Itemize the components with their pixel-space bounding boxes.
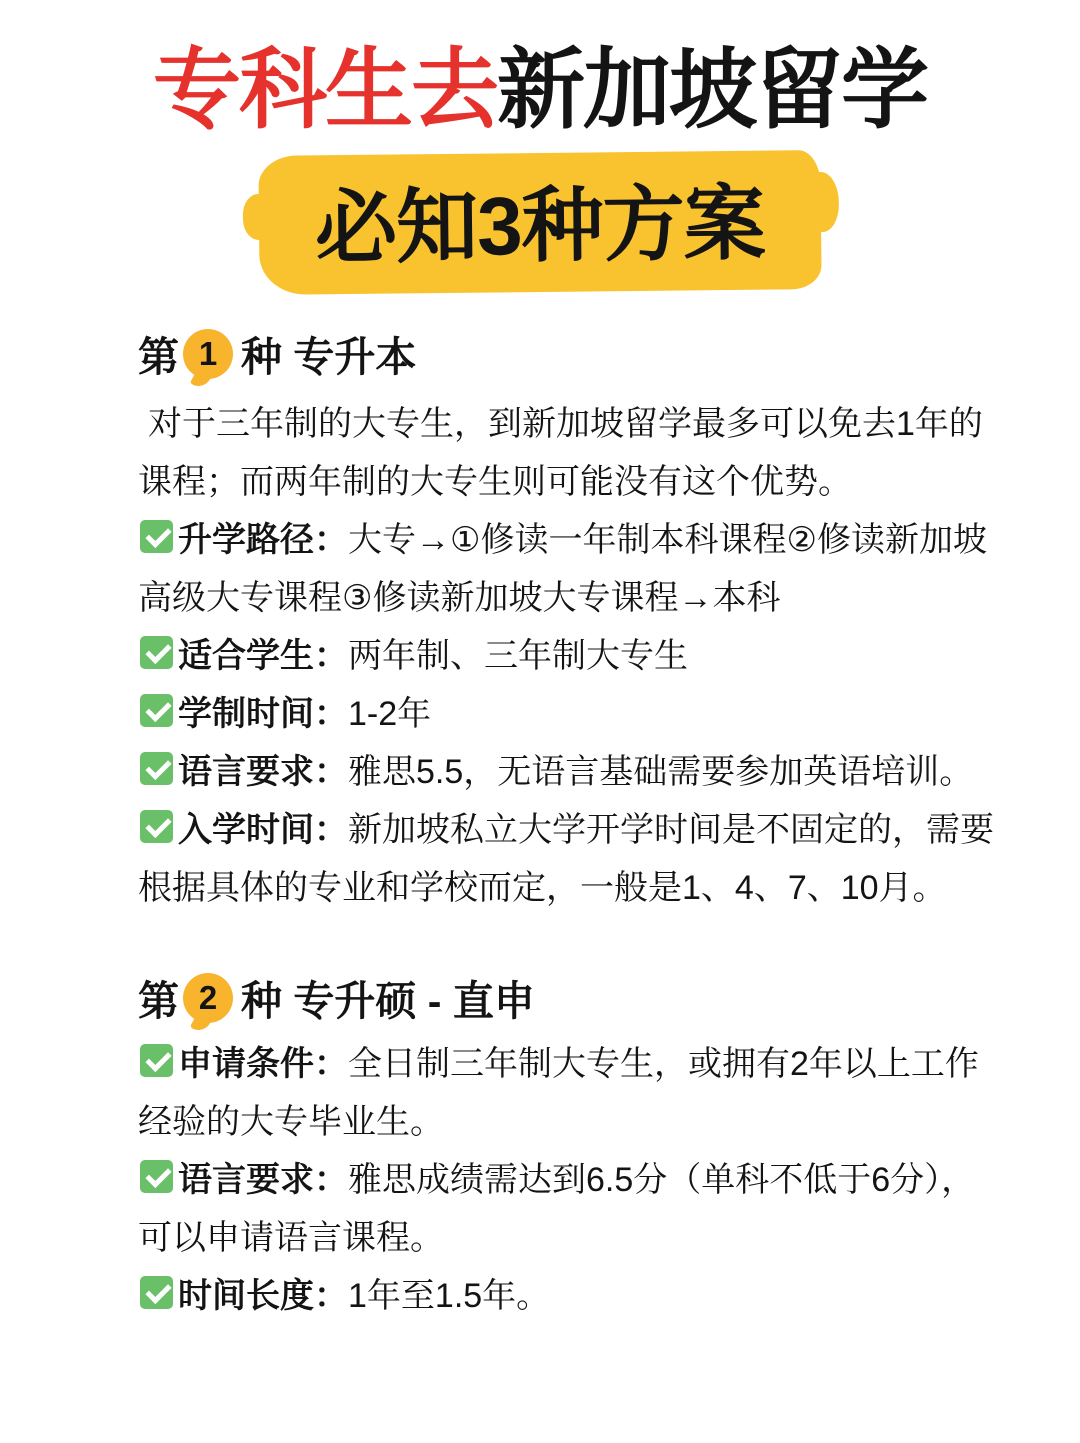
bullet-text: 1年至1.5年。 <box>348 1268 550 1317</box>
bullet-continuation: 经验的大专毕业生。 <box>138 1090 1020 1148</box>
intro-text: 对于三年制的大专生，到新加坡留学最多可以免去1年的 <box>148 396 983 445</box>
intro-line: 课程；而两年制的大专生则可能没有这个优势。 <box>138 450 1020 508</box>
bullet-row: 适合学生： 两年制、三年制大专生 <box>138 624 1020 682</box>
section-plan-1: 第 1 种 专升本 对于三年制的大专生，到新加坡留学最多可以免去1年的 课程；而… <box>138 322 1020 914</box>
title-line-2: 必知3种方案 <box>315 178 766 274</box>
badge-number: 1 <box>199 335 217 373</box>
title-red-part: 专科生去 <box>153 40 497 139</box>
bullet-label: 学制时间： <box>178 686 348 735</box>
heading-suffix: 种 专升硕 - 直申 <box>241 968 535 1027</box>
bullet-text: 雅思5.5，无语言基础需要参加英语培训。 <box>348 744 973 793</box>
bullet-continuation: 可以申请语言课程。 <box>138 1206 1020 1264</box>
bullet-row: 语言要求： 雅思成绩需达到6.5分（单科不低于6分）， <box>138 1148 1020 1206</box>
badge-number: 2 <box>199 979 217 1017</box>
yellow-brush-highlight: 必知3种方案 <box>258 150 821 295</box>
heading-prefix: 第 <box>138 324 179 383</box>
title-line-1: 专科生去新加坡留学 <box>0 42 1080 139</box>
intro-text: 课程；而两年制的大专生则可能没有这个优势。 <box>138 454 852 503</box>
section-plan-2: 第 2 种 专升硕 - 直申 申请条件： 全日制三年制大专生，或拥有2年以上工作… <box>138 966 1020 1322</box>
check-icon <box>138 1042 175 1079</box>
check-icon <box>138 634 175 671</box>
bullet-label: 适合学生： <box>178 628 348 677</box>
heading-prefix: 第 <box>138 968 179 1027</box>
title-line-2-wrap: 必知3种方案 <box>0 153 1080 292</box>
bullet-text: 可以申请语言课程。 <box>138 1210 444 1259</box>
bullet-label: 申请条件： <box>178 1036 348 1085</box>
poster-body: 第 1 种 专升本 对于三年制的大专生，到新加坡留学最多可以免去1年的 课程；而… <box>0 292 1080 1322</box>
bullet-text: 根据具体的专业和学校而定，一般是1、4、7、10月。 <box>138 860 947 909</box>
poster: 专科生去新加坡留学 必知3种方案 第 1 种 专升本 对于三年制的大专生，到新加… <box>0 0 1080 1443</box>
bullet-label: 语言要求： <box>178 744 348 793</box>
check-icon <box>138 1274 175 1311</box>
bullet-text: 1-2年 <box>348 686 431 735</box>
section-2-heading: 第 2 种 专升硕 - 直申 <box>138 966 1020 1030</box>
bullet-text: 新加坡私立大学开学时间是不固定的，需要 <box>348 802 994 851</box>
check-icon <box>138 1158 175 1195</box>
bullet-text: 经验的大专毕业生。 <box>138 1094 444 1143</box>
poster-header: 专科生去新加坡留学 必知3种方案 <box>0 0 1080 292</box>
bullet-text: 两年制、三年制大专生 <box>348 628 688 677</box>
bullet-row: 入学时间： 新加坡私立大学开学时间是不固定的，需要 <box>138 798 1020 856</box>
bullet-continuation: 高级大专课程③修读新加坡大专课程→本科 <box>138 566 1020 624</box>
bullet-row: 升学路径： 大专→①修读一年制本科课程②修读新加坡 <box>138 508 1020 566</box>
check-icon <box>138 518 175 555</box>
bullet-row: 学制时间： 1-2年 <box>138 682 1020 740</box>
section-1-heading: 第 1 种 专升本 <box>138 322 1020 386</box>
bullet-row: 时间长度： 1年至1.5年。 <box>138 1264 1020 1322</box>
bullet-row: 语言要求： 雅思5.5，无语言基础需要参加英语培训。 <box>138 740 1020 798</box>
check-icon <box>138 692 175 729</box>
bullet-text: 全日制三年制大专生，或拥有2年以上工作 <box>348 1036 979 1085</box>
bullet-label: 语言要求： <box>178 1152 348 1201</box>
number-2-badge: 2 <box>183 973 233 1023</box>
check-icon <box>138 808 175 845</box>
bullet-text: 大专→①修读一年制本科课程②修读新加坡 <box>348 512 987 561</box>
title-black-part: 新加坡留学 <box>497 40 927 139</box>
bullet-row: 申请条件： 全日制三年制大专生，或拥有2年以上工作 <box>138 1032 1020 1090</box>
check-icon <box>138 750 175 787</box>
bullet-text: 高级大专课程③修读新加坡大专课程→本科 <box>138 570 780 619</box>
bullet-label: 时间长度： <box>178 1268 348 1317</box>
number-1-badge: 1 <box>183 329 233 379</box>
intro-line: 对于三年制的大专生，到新加坡留学最多可以免去1年的 <box>138 392 1020 450</box>
bullet-label: 升学路径： <box>178 512 348 561</box>
bullet-text: 雅思成绩需达到6.5分（单科不低于6分）， <box>348 1152 975 1201</box>
bullet-label: 入学时间： <box>178 802 348 851</box>
heading-suffix: 种 专升本 <box>241 324 416 383</box>
bullet-continuation: 根据具体的专业和学校而定，一般是1、4、7、10月。 <box>138 856 1020 914</box>
